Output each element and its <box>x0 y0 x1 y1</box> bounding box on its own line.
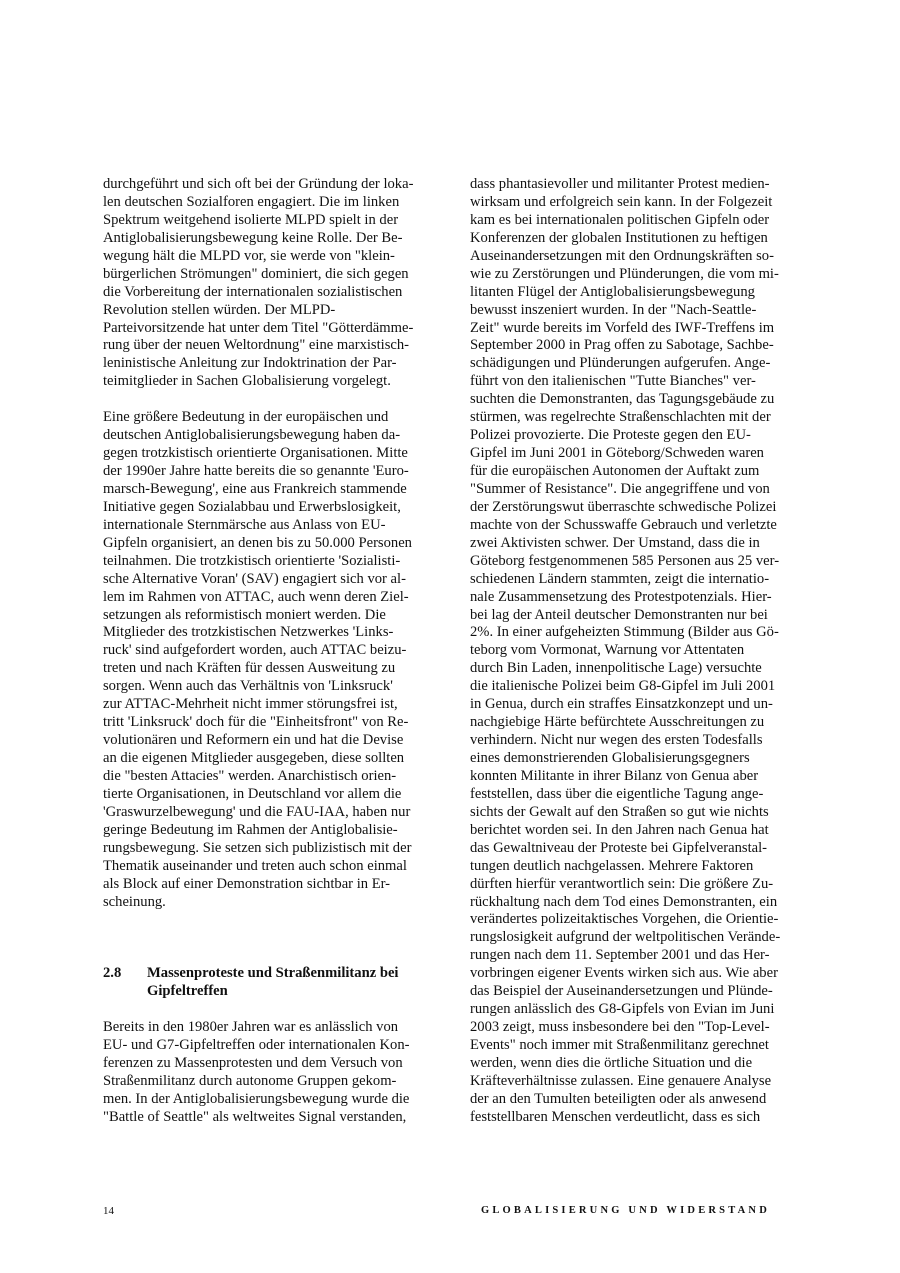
text-line: wirksam und erfolgreich sein kann. In de… <box>470 194 792 212</box>
text-line: die "besten Attacies" werden. Anarchisti… <box>103 768 425 786</box>
text-line: ruck' sind aufgefordert worden, auch ATT… <box>103 642 425 660</box>
text-line: kam es bei internationalen politischen G… <box>470 212 792 230</box>
text-line: Göteborg festgenommenen 585 Personen aus… <box>470 553 792 571</box>
paragraph-mass-protests: Bereits in den 1980er Jahren war es anlä… <box>103 1019 425 1127</box>
text-line: als Block auf einer Demonstration sichtb… <box>103 876 425 894</box>
running-title: GLOBALISIERUNG UND WIDERSTAND <box>481 1205 770 1216</box>
text-line: bei lag der Anteil deutscher Demonstrant… <box>470 607 792 625</box>
text-line: tierte Organisationen, in Deutschland vo… <box>103 786 425 804</box>
page-number: 14 <box>103 1205 114 1217</box>
text-line: Straßenmilitanz durch autonome Gruppen g… <box>103 1073 425 1091</box>
text-line: tritt 'Linksruck' doch für die "Einheits… <box>103 714 425 732</box>
text-line: verändertes polizeitaktisches Vorgehen, … <box>470 911 792 929</box>
paragraph-trotskyist-organisations: Eine größere Bedeutung in der europäisch… <box>103 409 425 911</box>
left-column: durchgeführt und sich oft bei der Gründu… <box>103 176 425 1127</box>
text-line: Zeit" wurde bereits im Vorfeld des IWF-T… <box>470 320 792 338</box>
text-line: Parteivorsitzende hat unter dem Titel "G… <box>103 320 425 338</box>
text-line: Gipfeln organisiert, an denen bis zu 50.… <box>103 535 425 553</box>
text-line: sche Alternative Voran' (SAV) engagiert … <box>103 571 425 589</box>
text-line: eines demonstrierenden Globalisierungsge… <box>470 750 792 768</box>
text-line: verhindern. Nicht nur wegen des ersten T… <box>470 732 792 750</box>
text-line: Kräfteverhältnisse zulassen. Eine genaue… <box>470 1073 792 1091</box>
text-line: werden, wenn dies die örtliche Situation… <box>470 1055 792 1073</box>
text-line: wegung hält die MLPD vor, sie werde von … <box>103 248 425 266</box>
text-line: len deutschen Sozialforen engagiert. Die… <box>103 194 425 212</box>
text-line: der an den Tumulten beteiligten oder als… <box>470 1091 792 1109</box>
text-line: EU- und G7-Gipfeltreffen oder internatio… <box>103 1037 425 1055</box>
text-line: dürften hierfür verantwortlich sein: Die… <box>470 876 792 894</box>
text-line: rungsbewegung. Sie setzen sich publizist… <box>103 840 425 858</box>
text-line: berichtet worden sei. In den Jahren nach… <box>470 822 792 840</box>
text-line: zwei Aktivisten schwer. Der Umstand, das… <box>470 535 792 553</box>
text-line: stürmen, was regelrechte Straßenschlacht… <box>470 409 792 427</box>
text-line: "Summer of Resistance". Die angegriffene… <box>470 481 792 499</box>
text-line: teborg vom Vormonat, Warnung vor Attenta… <box>470 642 792 660</box>
section-number: 2.8 <box>103 965 147 1001</box>
text-line: nale Zusammensetzung des Protestpotenzia… <box>470 589 792 607</box>
text-line: machte von der Schusswaffe Gebrauch und … <box>470 517 792 535</box>
text-line: Events" noch immer mit Straßenmilitanz g… <box>470 1037 792 1055</box>
text-line: Thematik auseinander und treten auch sch… <box>103 858 425 876</box>
text-line: schädigungen und Plünderungen aufgerufen… <box>470 355 792 373</box>
text-line: gegen trotzkistisch orientierte Organisa… <box>103 445 425 463</box>
text-line: geringe Bedeutung im Rahmen der Antiglob… <box>103 822 425 840</box>
text-line: bewusst inszeniert wurden. In der "Nach-… <box>470 302 792 320</box>
text-line: Konferenzen der globalen Institutionen z… <box>470 230 792 248</box>
text-line: in Genua, durch ein straffes Einsatzkonz… <box>470 696 792 714</box>
text-line: das Gewaltniveau der Proteste bei Gipfel… <box>470 840 792 858</box>
text-line: rungen nach dem 11. September 2001 und d… <box>470 947 792 965</box>
text-line: sorgen. Wenn auch das Verhältnis von 'Li… <box>103 678 425 696</box>
section-heading: 2.8 Massenproteste und Straßenmilitanz b… <box>103 965 425 1001</box>
text-line: September 2000 in Prag offen zu Sabotage… <box>470 337 792 355</box>
text-line: lem im Rahmen von ATTAC, auch wenn deren… <box>103 589 425 607</box>
paragraph-summit-protests: dass phantasievoller und militanter Prot… <box>470 176 792 1127</box>
text-line: bürgerlichen Strömungen" dominiert, die … <box>103 266 425 284</box>
text-line: schiedenen Ländern stammten, zeigt die i… <box>470 571 792 589</box>
text-line: feststellen, dass über die eigentliche T… <box>470 786 792 804</box>
text-line: Initiative gegen Sozialabbau und Erwerbs… <box>103 499 425 517</box>
text-line: durchgeführt und sich oft bei der Gründu… <box>103 176 425 194</box>
text-line: rungslosigkeit aufgrund der weltpolitisc… <box>470 929 792 947</box>
text-line: rungen anlässlich des G8-Gipfels von Evi… <box>470 1001 792 1019</box>
text-line: rückhaltung nach dem Tod eines Demonstra… <box>470 894 792 912</box>
text-line: tungen deutlich nachgelassen. Mehrere Fa… <box>470 858 792 876</box>
text-line: teilnahmen. Die trotzkistisch orientiert… <box>103 553 425 571</box>
text-line: treten und nach Kräften für dessen Auswe… <box>103 660 425 678</box>
text-line: für die europäischen Autonomen der Aufta… <box>470 463 792 481</box>
text-line: Mitglieder des trotzkistischen Netzwerke… <box>103 624 425 642</box>
text-line: teimitglieder in Sachen Globalisierung v… <box>103 373 425 391</box>
text-line: marsch-Bewegung', eine aus Frankreich st… <box>103 481 425 499</box>
text-line: feststellbaren Menschen verdeutlicht, da… <box>470 1109 792 1127</box>
text-line: das Beispiel der Auseinandersetzungen un… <box>470 983 792 1001</box>
text-line: internationale Sternmärsche aus Anlass v… <box>103 517 425 535</box>
text-line: rung über der neuen Weltordnung" eine ma… <box>103 337 425 355</box>
text-line: men. In der Antiglobalisierungsbewegung … <box>103 1091 425 1109</box>
text-line: 2%. In einer aufgeheizten Stimmung (Bild… <box>470 624 792 642</box>
text-line: nachgiebige Härte befürchtete Ausschreit… <box>470 714 792 732</box>
text-line: der 1990er Jahre hatte bereits die so ge… <box>103 463 425 481</box>
text-line: deutschen Antiglobalisierungsbewegung ha… <box>103 427 425 445</box>
text-line: vorbringen eigener Events wirken sich au… <box>470 965 792 983</box>
right-column: dass phantasievoller und militanter Prot… <box>470 176 792 1127</box>
text-line: "Battle of Seattle" als weltweites Signa… <box>103 1109 425 1127</box>
text-line: Antiglobalisierungsbewegung keine Rolle.… <box>103 230 425 248</box>
text-line: führt von den italienischen "Tutte Bianc… <box>470 373 792 391</box>
text-line: leninistische Anleitung zur Indoktrinati… <box>103 355 425 373</box>
text-line: setzungen als reformistisch moniert werd… <box>103 607 425 625</box>
section-title: Massenproteste und Straßenmilitanz bei G… <box>147 965 398 1001</box>
text-line: der Zerstörungswut überraschte schwedisc… <box>470 499 792 517</box>
text-line: litanten Flügel der Antiglobalisierungsb… <box>470 284 792 302</box>
text-line: ferenzen zu Massenprotesten und dem Vers… <box>103 1055 425 1073</box>
text-line: die Vorbereitung der internationalen soz… <box>103 284 425 302</box>
text-line: Bereits in den 1980er Jahren war es anlä… <box>103 1019 425 1037</box>
text-line: Polizei provozierte. Die Proteste gegen … <box>470 427 792 445</box>
text-line: dass phantasievoller und militanter Prot… <box>470 176 792 194</box>
text-line: wie zu Zerstörungen und Plünderungen, di… <box>470 266 792 284</box>
text-line: Revolution stellen würden. Der MLPD- <box>103 302 425 320</box>
text-line: sichts der Gewalt auf den Straßen so gut… <box>470 804 792 822</box>
text-line: 'Graswurzelbewegung' und die FAU-IAA, ha… <box>103 804 425 822</box>
text-line: Gipfel im Juni 2001 in Göteborg/Schweden… <box>470 445 792 463</box>
text-line: die italienische Polizei beim G8-Gipfel … <box>470 678 792 696</box>
text-line: 2003 zeigt, muss insbesondere bei den "T… <box>470 1019 792 1037</box>
text-line: suchten die Demonstranten, das Tagungsge… <box>470 391 792 409</box>
text-line: zur ATTAC-Mehrheit nicht immer störungsf… <box>103 696 425 714</box>
text-line: durch Bin Laden, innenpolitische Lage) v… <box>470 660 792 678</box>
text-line: Eine größere Bedeutung in der europäisch… <box>103 409 425 427</box>
text-line: scheinung. <box>103 894 425 912</box>
paragraph-mlpd: durchgeführt und sich oft bei der Gründu… <box>103 176 425 391</box>
text-line: an die eigenen Mitglieder ausgegeben, di… <box>103 750 425 768</box>
text-line: konnten Militante in ihrer Bilanz von Ge… <box>470 768 792 786</box>
text-line: volutionären und Reformern ein und hat d… <box>103 732 425 750</box>
text-line: Spektrum weitgehend isolierte MLPD spiel… <box>103 212 425 230</box>
text-line: Auseinandersetzungen mit den Ordnungskrä… <box>470 248 792 266</box>
